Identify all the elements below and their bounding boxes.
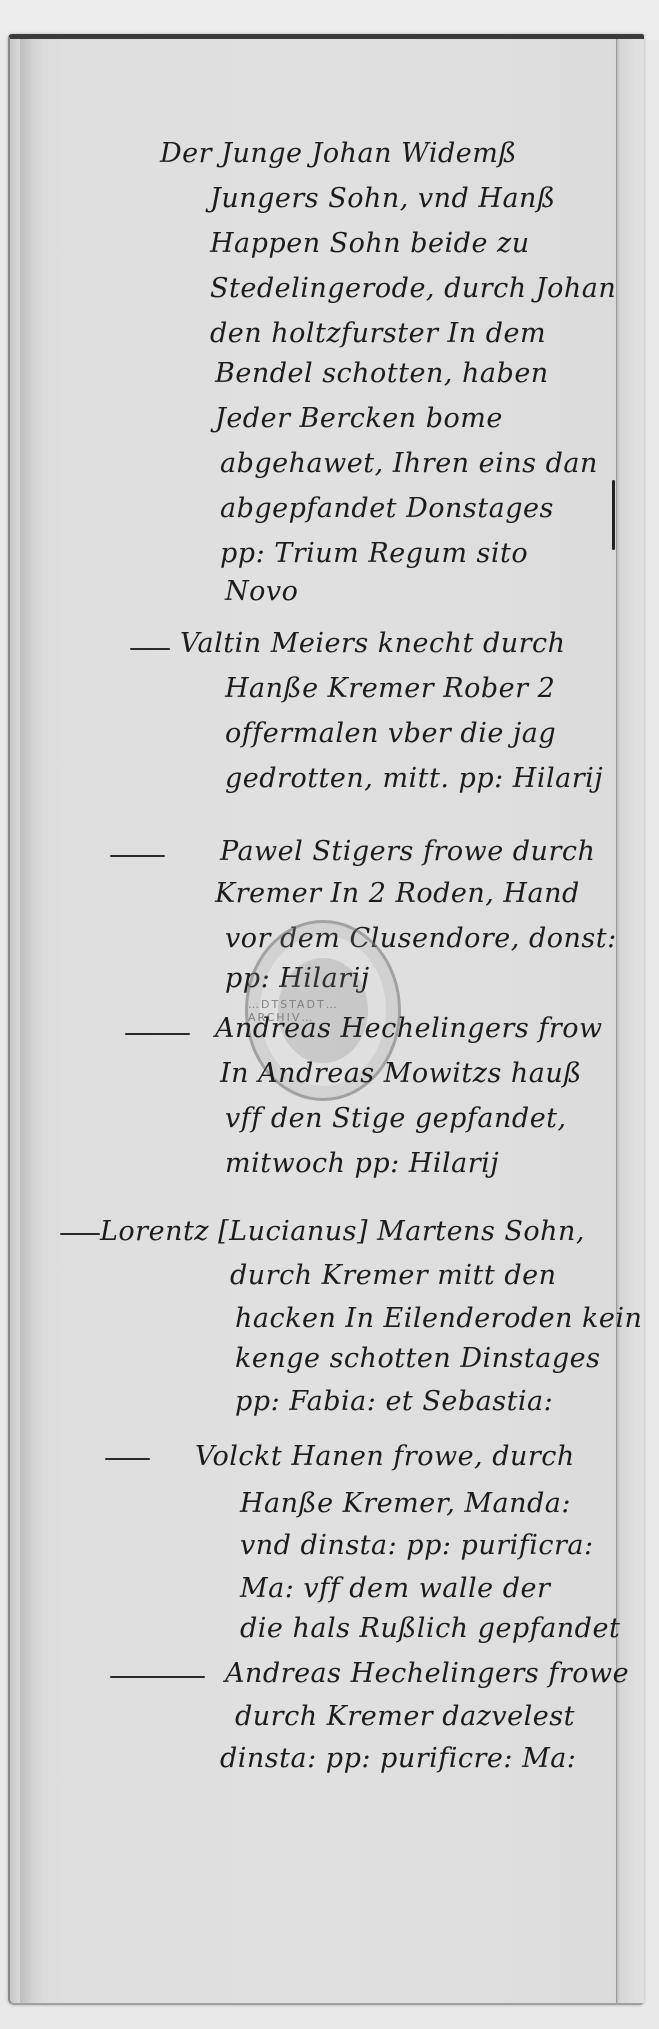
text-line: Andreas Hechelingers frow <box>215 1015 603 1042</box>
text-line: Pawel Stigers frowe durch <box>220 838 595 865</box>
text-line: Hanße Kremer Rober 2 <box>225 675 555 702</box>
page-edge-strip <box>616 39 644 2003</box>
margin-arrow <box>60 1233 100 1235</box>
text-line: Kremer In 2 Roden, Hand <box>215 880 580 907</box>
text-line: dinsta: pp: purificre: Ma: <box>220 1745 576 1772</box>
text-line: Bendel schotten, haben <box>215 360 549 387</box>
seal-emblem-icon <box>278 958 368 1063</box>
text-line: die hals Rußlich gepfandet <box>240 1615 620 1642</box>
text-line: In Andreas Mowitzs hauß <box>220 1060 582 1087</box>
text-line: abgepfandet Donstages <box>220 495 554 522</box>
margin-dash <box>130 648 170 650</box>
text-line: durch Kremer dazvelest <box>235 1703 575 1730</box>
text-line: Lorentz [Lucianus] Martens Sohn, <box>100 1218 585 1245</box>
text-line: Jeder Bercken bome <box>215 405 503 432</box>
margin-dash <box>110 1676 205 1678</box>
text-line: Valtin Meiers knecht durch <box>180 630 566 657</box>
text-line: durch Kremer mitt den <box>230 1262 556 1289</box>
text-line: den holtzfurster In dem <box>210 320 546 347</box>
text-line: mitwoch pp: Hilarij <box>225 1150 499 1177</box>
text-line: gedrotten, mitt. pp: Hilarij <box>225 765 603 792</box>
text-line: Der Junge Johan Widemß <box>160 140 517 167</box>
margin-dash <box>105 1458 150 1460</box>
text-line: Happen Sohn beide zu <box>210 230 530 257</box>
margin-dash <box>125 1033 190 1035</box>
text-line: Andreas Hechelingers frowe <box>225 1660 629 1687</box>
bracket-mark <box>612 480 615 550</box>
text-line: Volckt Hanen frowe, durch <box>195 1443 575 1470</box>
text-line: hacken In Eilenderoden kein <box>235 1305 642 1332</box>
text-line: Ma: vff dem walle der <box>240 1575 550 1602</box>
text-line: Hanße Kremer, Manda: <box>240 1490 571 1517</box>
text-line: Novo <box>225 578 298 605</box>
text-line: Stedelingerode, durch Johan <box>210 275 616 302</box>
binding-gutter <box>20 39 42 2003</box>
text-line: offermalen vber die jag <box>225 720 556 747</box>
text-line: vff den Stige gepfandet, <box>225 1105 567 1132</box>
margin-dash <box>110 855 165 857</box>
text-line: kenge schotten Dinstages <box>235 1345 600 1372</box>
text-line: abgehawet, Ihren eins dan <box>220 450 598 477</box>
text-line: vnd dinsta: pp: purificra: <box>240 1532 594 1559</box>
text-line: pp: Trium Regum sito <box>220 540 528 567</box>
text-line: pp: Fabia: et Sebastia: <box>235 1388 553 1415</box>
text-line: Jungers Sohn, vnd Hanß <box>210 185 555 212</box>
